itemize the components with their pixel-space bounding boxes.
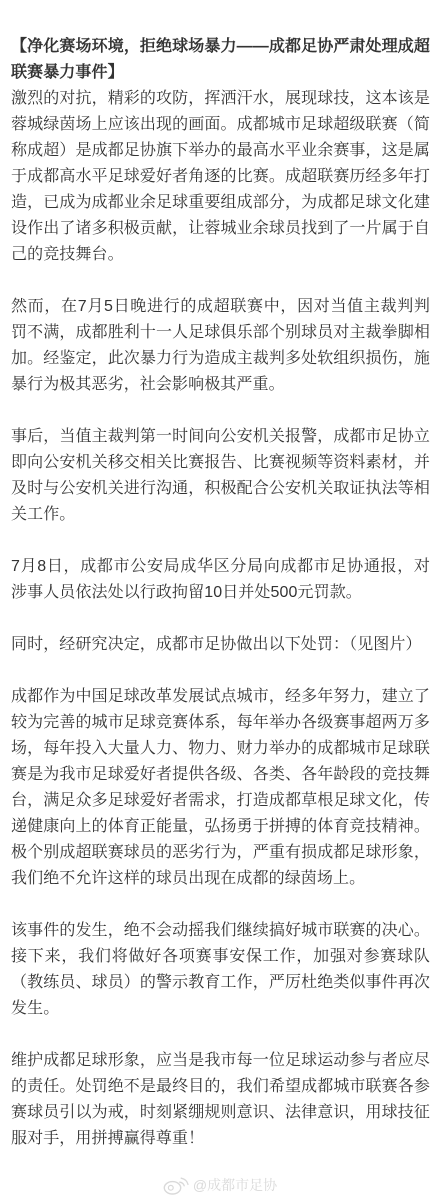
article-paragraph-2: 然而，在7月5日晚进行的成超联赛中，因对当值主裁判判罚不满，成都胜利十一人足球俱… (11, 294, 430, 398)
weibo-icon (163, 1175, 189, 1195)
watermark-handle: @成都市足协 (193, 1175, 277, 1195)
article-paragraph-6: 成都作为中国足球改革发展试点城市，经多年努力，建立了较为完善的城市足球竞赛体系，… (11, 684, 430, 892)
article-title: 【净化赛场环境，拒绝球场暴力——成都足协严肃处理成超联赛暴力事件】 (11, 34, 430, 86)
article-paragraph-1: 激烈的对抗，精彩的攻防，挥洒汗水，展现球技，这本该是蓉城绿茵场上应该出现的画面。… (11, 86, 430, 268)
weibo-post-image: 【净化赛场环境，拒绝球场暴力——成都足协严肃处理成超联赛暴力事件】 激烈的对抗，… (0, 0, 440, 1204)
article-paragraph-7: 该事件的发生，绝不会动摇我们继续搞好城市联赛的决心。接下来，我们将做好各项赛事安… (11, 918, 430, 1022)
article-paragraph-5: 同时，经研究决定，成都市足协做出以下处罚：（见图片） (11, 632, 430, 658)
screenshot-root: { "page": { "background_color": "#ffffff… (0, 0, 440, 1204)
article-paragraph-8: 维护成都足球形象，应当是我市每一位足球运动参与者应尽的责任。处罚绝不是最终目的，… (11, 1048, 430, 1152)
watermark: @成都市足协 (0, 1175, 440, 1195)
article-paragraph-3: 事后，当值主裁判第一时间向公安机关报警，成都市足协立即向公安机关移交相关比赛报告… (11, 424, 430, 528)
article-paragraph-4: 7月8日，成都市公安局成华区分局向成都市足协通报，对涉事人员依法处以行政拘留10… (11, 554, 430, 606)
